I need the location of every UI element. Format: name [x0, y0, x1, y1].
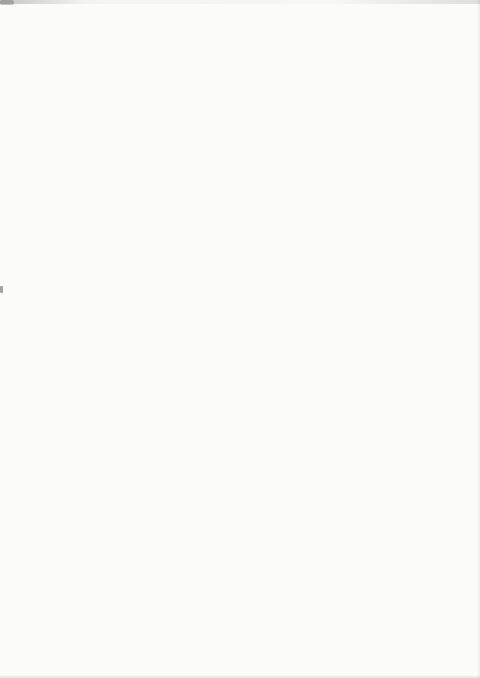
championship-block: [375, 348, 426, 593]
scan-artifact-left-mark: [0, 286, 3, 293]
scan-artifact-top-edge: [0, 0, 480, 4]
scanned-page: [0, 0, 480, 678]
scan-artifact-corner-smudge: [0, 0, 14, 5]
